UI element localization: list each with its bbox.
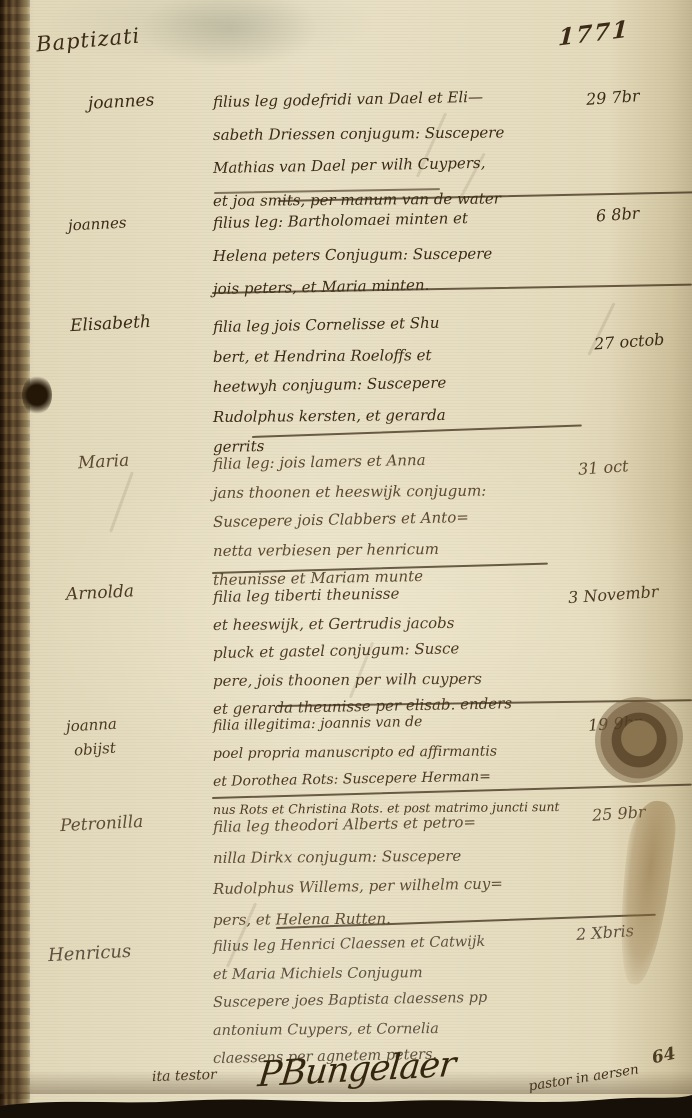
entry-line: filia leg tiberti theunisse: [213, 576, 585, 611]
entry-line: heetwyh conjugum: Suscepere: [213, 365, 586, 402]
child-name: Elisabeth: [70, 312, 152, 336]
entry-line: Rudolphus Willems, per wilhelm cuy=: [213, 867, 586, 905]
entry-date: 27 octob: [593, 330, 664, 354]
entry-date: 6 8br: [595, 204, 640, 226]
child-name: joannes: [88, 90, 155, 113]
page-number: 64: [650, 1044, 677, 1068]
child-name: Henricus: [48, 941, 132, 966]
entry-line: filia leg jois Cornelisse et Shu: [213, 305, 586, 342]
child-name: Maria: [78, 451, 130, 474]
entry-text: filia leg jois Cornelisse et Shu bert, e…: [213, 312, 585, 462]
binding-edge: [0, 0, 30, 1118]
entry-date: 29 7br: [585, 86, 640, 109]
corner-stain: [140, 0, 320, 68]
entry-line: filia leg: jois lamers et Anna: [213, 443, 585, 479]
child-name: joannes: [68, 213, 127, 234]
year-label: 1771: [558, 15, 631, 51]
entry-line: filius leg: Bartholomaei minten et: [213, 200, 586, 240]
register-page: Baptizati 1771 joannes 29 7br filius leg…: [0, 0, 692, 1118]
child-name: Arnolda: [66, 581, 135, 605]
child-name-note: obijst: [73, 739, 116, 760]
smudge-stain: [611, 798, 679, 987]
entry-line: Mathias van Dael per wilh Cuypers,: [213, 145, 586, 185]
entry-text: filia leg: jois lamers et Anna jans thoo…: [213, 450, 585, 595]
entry-line: filia leg theodori Alberts et petro=: [213, 805, 586, 843]
entry-line: filius leg Henrici Claessen et Catwijk: [213, 926, 585, 961]
child-name: Petronilla: [60, 812, 144, 836]
bleed-through-stroke: [109, 471, 134, 532]
child-name: joanna: [66, 715, 118, 736]
edge-spot: [22, 375, 52, 415]
entry-line: filius leg godefridi van Dael et Eli—: [213, 79, 586, 119]
entry-line: Suscepere joes Baptista claessens pp: [213, 982, 585, 1017]
entry-line: Suscepere jois Clabbers et Anto=: [213, 501, 585, 537]
entry-line: pluck et gastel conjugum: Susce: [213, 632, 585, 667]
page-title: Baptizati: [35, 24, 141, 57]
page-bottom-edge: [0, 1088, 692, 1118]
